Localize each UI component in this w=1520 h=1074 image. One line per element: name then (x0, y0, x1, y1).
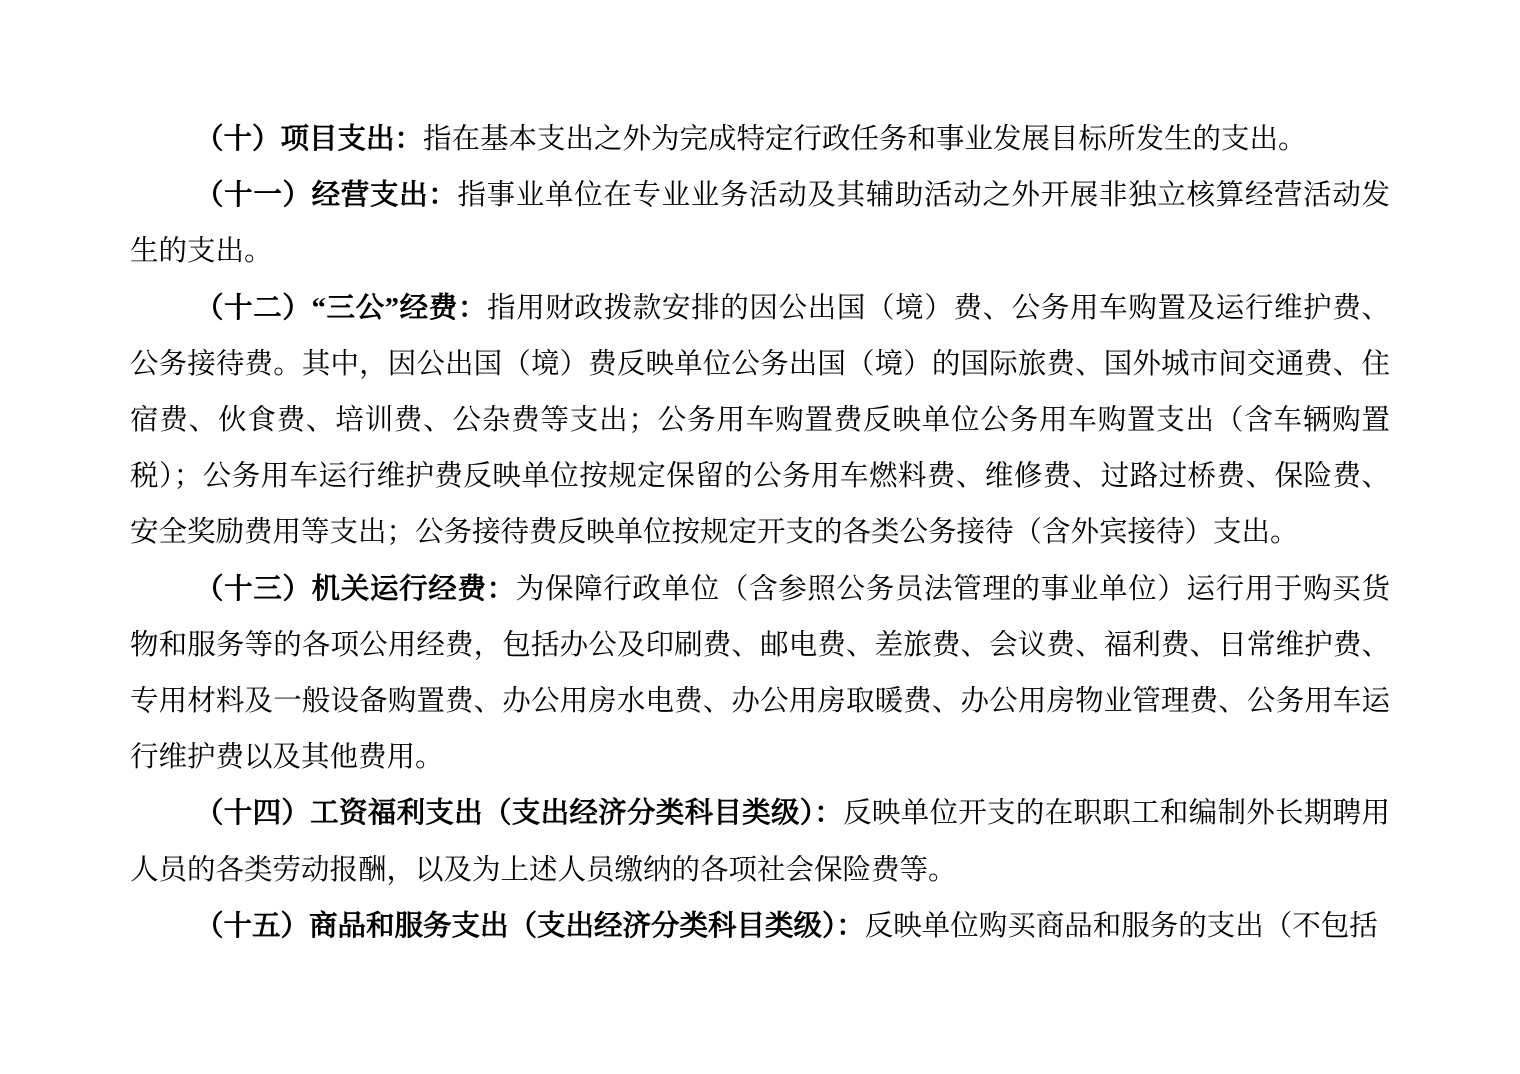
section-heading: （十五）商品和服务支出（支出经济分类科目类级）： (195, 911, 865, 942)
paragraph-item-11: （十一）经营支出：指事业单位在专业业务活动及其辅助活动之外开展非独立核算经营活动… (130, 168, 1390, 280)
section-heading: （十一）经营支出： (195, 180, 457, 211)
section-heading: （十三）机关运行经费： (195, 574, 516, 605)
paragraph-item-13: （十三）机关运行经费：为保障行政单位（含参照公务员法管理的事业单位）运行用于购买… (130, 562, 1390, 787)
document-page: （十）项目支出：指在基本支出之外为完成特定行政任务和事业发展目标所发生的支出。 … (130, 112, 1390, 955)
paragraph-item-14: （十四）工资福利支出（支出经济分类科目类级）：反映单位开支的在职职工和编制外长期… (130, 786, 1390, 898)
section-heading: （十四）工资福利支出（支出经济分类科目类级）： (195, 798, 843, 829)
section-body-text: 反映单位购买商品和服务的支出（不包括 (865, 911, 1378, 942)
paragraph-item-15: （十五）商品和服务支出（支出经济分类科目类级）：反映单位购买商品和服务的支出（不… (130, 899, 1390, 955)
section-heading: （十）项目支出： (195, 124, 423, 155)
paragraph-item-12: （十二）“三公”经费：指用财政拨款安排的因公出国（境）费、公务用车购置及运行维护… (130, 281, 1390, 562)
section-heading: （十二）“三公”经费： (195, 293, 487, 324)
section-body-text: 指在基本支出之外为完成特定行政任务和事业发展目标所发生的支出。 (423, 124, 1307, 155)
paragraph-item-10: （十）项目支出：指在基本支出之外为完成特定行政任务和事业发展目标所发生的支出。 (130, 112, 1390, 168)
section-body-text: 指用财政拨款安排的因公出国（境）费、公务用车购置及运行维护费、公务接待费。其中，… (130, 293, 1390, 549)
